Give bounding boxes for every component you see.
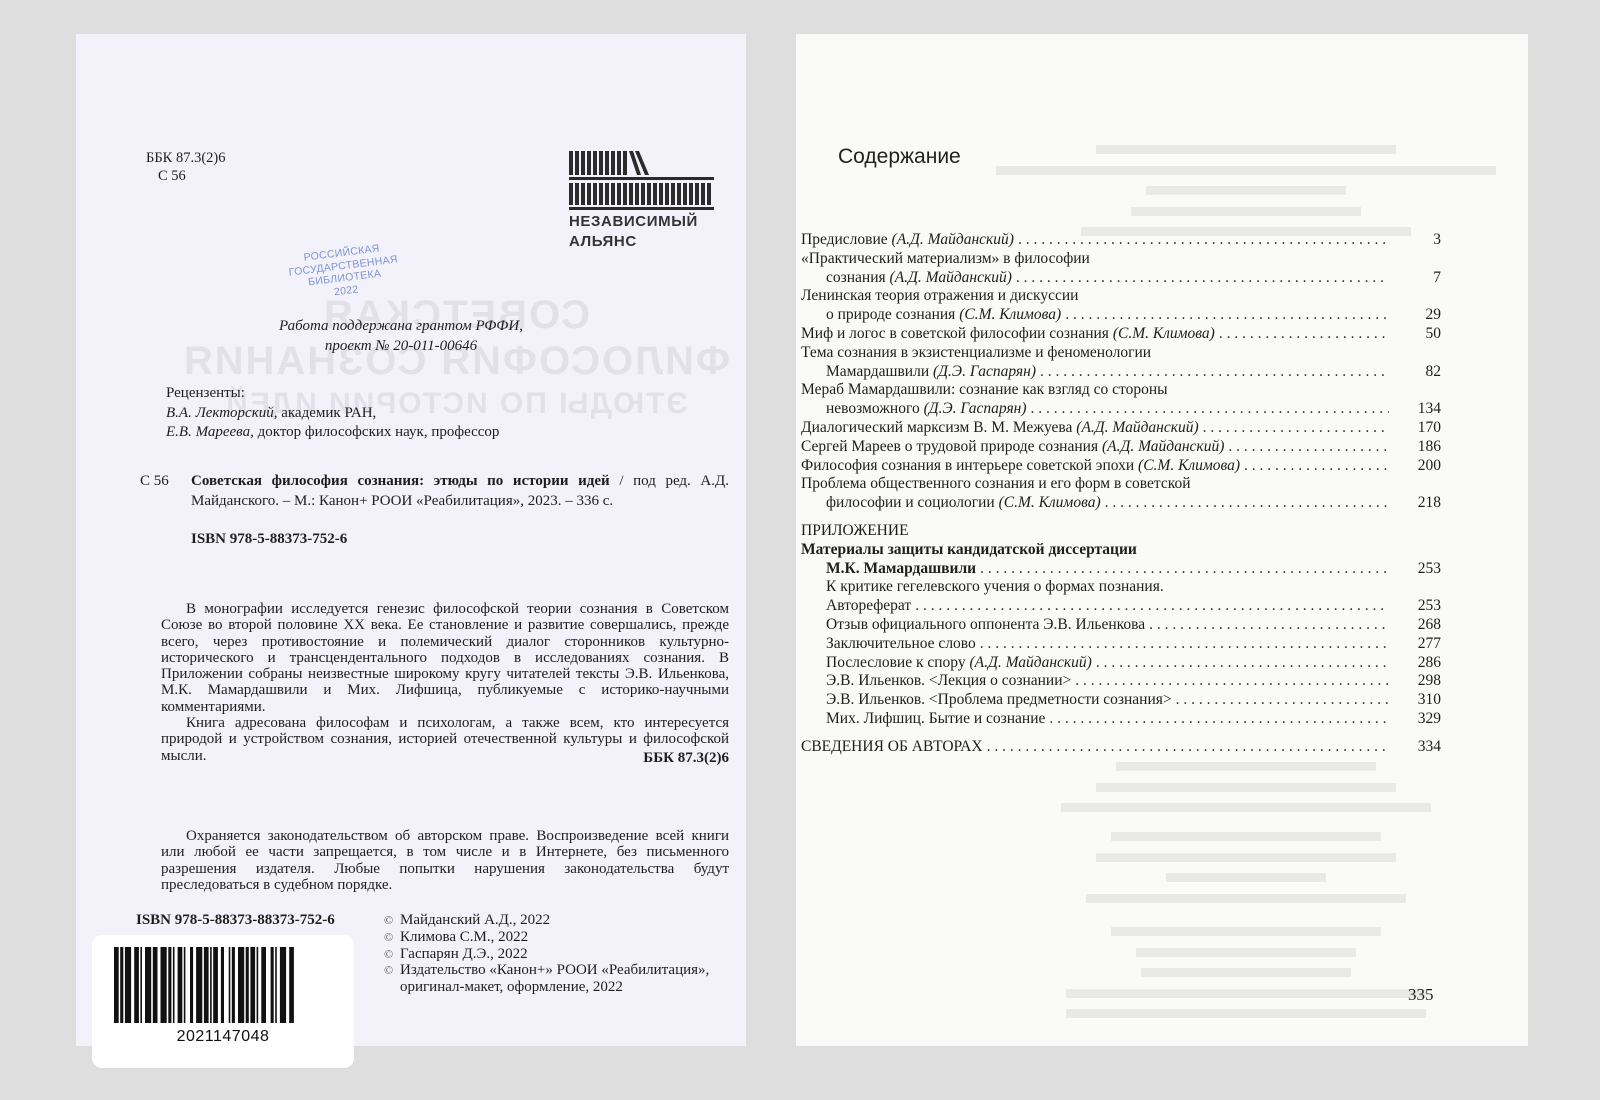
copyright-item: ©Издательство «Канон+» РООИ «Реабилитаци…: [384, 962, 709, 979]
appendix-subheading: М.К. Мамардашвили253: [801, 560, 1441, 579]
toc-entry-title: Тема сознания в экзистенциализме и феном…: [801, 344, 1151, 361]
book-title: Советская философия сознания: этюды по и…: [191, 473, 610, 489]
reviewer-name: В.А. Лекторский,: [166, 405, 277, 421]
left-page-copyright: ББК 87.3(2)6 С 56: [76, 34, 746, 1046]
dot-leader: [1040, 363, 1389, 382]
catalog-entry: Советская философия сознания: этюды по и…: [191, 472, 729, 511]
toc-page-number: 268: [1393, 616, 1441, 635]
toc-entry-author: (А.Д. Майданский): [892, 231, 1014, 248]
toc-entry-title: Заключительное слово: [826, 635, 976, 652]
bbk-code-bottom: ББК 87.3(2)6: [643, 750, 729, 767]
toc-entry-title: Ленинская теория отражения и дискуссии: [801, 287, 1078, 304]
toc-entry-title: философии и социологии: [826, 494, 999, 511]
table-of-contents: Предисловие (А.Д. Майданский)3«Практичес…: [801, 231, 1441, 757]
copyright-holder: Гаспарян Д.Э., 2022: [400, 946, 528, 963]
dot-leader: [1065, 306, 1389, 325]
appendix-subheading: Материалы защиты кандидатской диссертаци…: [801, 541, 1441, 560]
logo-text-line1: НЕЗАВИСИМЫЙ: [569, 213, 719, 231]
dot-leader: [980, 560, 1389, 579]
toc-entry-title: Предисловие: [801, 231, 892, 248]
toc-page-number: 134: [1393, 400, 1441, 419]
toc-entry-title: Э.В. Ильенков. <Проблема предметности со…: [826, 691, 1172, 708]
copyright-icon: ©: [384, 946, 400, 963]
reviewer-title: академик РАН,: [277, 405, 376, 421]
author-mark: С 56: [146, 167, 225, 185]
copyright-holder: Климова С.М., 2022: [400, 929, 528, 946]
dot-leader: [1018, 231, 1389, 250]
toc-entry-line: Мих. Лифшиц. Бытие и сознание329: [801, 710, 1441, 729]
toc-entry-author: (Д.Э. Гаспарян): [933, 363, 1036, 380]
copyright-list: ©Майданский А.Д., 2022 ©Климова С.М., 20…: [384, 912, 709, 996]
show-through-text: [976, 829, 1516, 911]
toc-entry-line: невозможного (Д.Э. Гаспарян)134: [801, 400, 1441, 419]
dot-leader: [1075, 672, 1389, 691]
toc-page-number: 29: [1393, 306, 1441, 325]
grant-note: Работа поддержана грантом РФФИ, проект №…: [226, 316, 576, 356]
toc-entry-line: Отзыв официального оппонента Э.В. Ильенк…: [801, 616, 1441, 635]
copyright-item: ©Майданский А.Д., 2022: [384, 912, 709, 929]
dot-leader: [980, 635, 1389, 654]
copyright-icon: ©: [384, 962, 400, 979]
copyright-item: ©Климова С.М., 2022: [384, 929, 709, 946]
toc-entry-line: Диалогический марксизм В. М. Межуева (А.…: [801, 419, 1441, 438]
toc-page-number: 334: [1393, 738, 1441, 757]
toc-entry-line: Послесловие к спору (А.Д. Майданский)286: [801, 654, 1441, 673]
toc-page-number: 200: [1393, 457, 1441, 476]
copyright-notice-text: Охраняется законодательством об авторско…: [161, 828, 729, 893]
toc-entry-title: Мих. Лифшиц. Бытие и сознание: [826, 710, 1045, 727]
toc-entry-author: (А.Д. Майданский): [969, 654, 1091, 671]
grant-line2: проект № 20-011-00646: [226, 336, 576, 356]
appendix-subheading-text: Материалы защиты кандидатской диссертаци…: [801, 541, 1137, 560]
barcode-sticker: 2021147048: [92, 935, 354, 1068]
toc-entry-line: Э.В. Ильенков. <Лекция о сознании>298: [801, 672, 1441, 691]
dot-leader: [1016, 269, 1389, 288]
copyright-continuation: оригинал-макет, оформление, 2022: [384, 979, 709, 996]
dot-leader: [1203, 419, 1389, 438]
toc-entry-title: Сергей Мареев о трудовой природе сознани…: [801, 438, 1102, 455]
toc-entry-line: Тема сознания в экзистенциализме и феном…: [801, 344, 1441, 363]
abstract-paragraph: В монографии исследуется генезис философ…: [161, 601, 729, 715]
copyright-item: ©Гаспарян Д.Э., 2022: [384, 946, 709, 963]
toc-entry-line: сознания (А.Д. Майданский)7: [801, 269, 1441, 288]
toc-entry-line: о природе сознания (С.М. Климова)29: [801, 306, 1441, 325]
toc-page-number: 286: [1393, 654, 1441, 673]
toc-page-number: 329: [1393, 710, 1441, 729]
bookshelf-logo-icon: [569, 149, 714, 211]
library-stamp: РОССИЙСКАЯ ГОСУДАРСТВЕННАЯ БИБЛИОТЕКА 20…: [271, 239, 416, 306]
copyright-holder: Майданский А.Д., 2022: [400, 912, 550, 929]
catalog-code: С 56: [140, 472, 169, 492]
abstract: В монографии исследуется генезис философ…: [161, 601, 729, 764]
toc-entry-author: (А.Д. Майданский): [1076, 419, 1198, 436]
appendix-heading: ПРИЛОЖЕНИЕ: [801, 522, 1441, 541]
dot-leader: [1219, 325, 1389, 344]
barcode-icon: [114, 947, 334, 1025]
dot-leader: [1031, 400, 1389, 419]
toc-entry-title: Мамардашвили: [826, 363, 933, 380]
toc-page-number: 3: [1393, 231, 1441, 250]
barcode-number: 2021147048: [92, 1028, 354, 1046]
copyright-icon: ©: [384, 929, 400, 946]
isbn: ISBN 978-5-88373-752-6: [191, 531, 347, 548]
authors-section-entry: СВЕДЕНИЯ ОБ АВТОРАХ334: [801, 738, 1441, 757]
toc-entry-line: Философия сознания в интерьере советской…: [801, 457, 1441, 476]
toc-page-number: 310: [1393, 691, 1441, 710]
grant-line1: Работа поддержана грантом РФФИ,: [226, 316, 576, 336]
toc-entry-line: Сергей Мареев о трудовой природе сознани…: [801, 438, 1441, 457]
toc-page-number: 186: [1393, 438, 1441, 457]
toc-page-number: 50: [1393, 325, 1441, 344]
toc-entry-line: философии и социологии (С.М. Климова)218: [801, 494, 1441, 513]
toc-entry-author: (А.Д. Майданский): [890, 269, 1012, 286]
toc-entry-line: Предисловие (А.Д. Майданский)3: [801, 231, 1441, 250]
publisher-logo: НЕЗАВИСИМЫЙ АЛЬЯНС: [569, 149, 719, 251]
show-through-text: [976, 142, 1516, 245]
toc-page-number: 277: [1393, 635, 1441, 654]
reviewer: Е.В. Мареева, доктор философских наук, п…: [166, 423, 499, 443]
toc-entry-title: СВЕДЕНИЯ ОБ АВТОРАХ: [801, 738, 983, 757]
reviewers-heading: Рецензенты:: [166, 384, 499, 404]
toc-page-number: 7: [1393, 269, 1441, 288]
reviewer: В.А. Лекторский, академик РАН,: [166, 404, 499, 424]
show-through-text: [976, 924, 1516, 1027]
spacer: [801, 729, 1441, 738]
toc-entry-title: Э.В. Ильенков. <Лекция о сознании>: [826, 672, 1071, 689]
reviewer-name: Е.В. Мареева,: [166, 424, 254, 440]
toc-entry-author: (С.М. Климова): [1138, 457, 1240, 474]
toc-entry-title: К критике гегелевского учения о формах п…: [826, 578, 1164, 595]
toc-entry-title: Мераб Мамардашвили: сознание как взгляд …: [801, 381, 1168, 398]
dot-leader: [1105, 494, 1389, 513]
toc-entry-line: Заключительное слово277: [801, 635, 1441, 654]
toc-entry-line: К критике гегелевского учения о формах п…: [801, 578, 1441, 597]
toc-entry-title: Философия сознания в интерьере советской…: [801, 457, 1138, 474]
toc-page-number: 253: [1393, 560, 1441, 579]
copyright-holder: Издательство «Канон+» РООИ «Реабилитация…: [400, 962, 709, 979]
toc-entry-author: (Д.Э. Гаспарян): [924, 400, 1027, 417]
reviewer-title: доктор философских наук, профессор: [254, 424, 500, 440]
toc-entry-line: Ленинская теория отражения и дискуссии: [801, 287, 1441, 306]
copyright-icon: ©: [384, 912, 400, 929]
appendix-subheading-text: М.К. Мамардашвили: [801, 560, 976, 579]
toc-entry-title: о природе сознания: [826, 306, 959, 323]
toc-entry-title: Диалогический марксизм В. М. Межуева: [801, 419, 1076, 436]
dot-leader: [1176, 691, 1389, 710]
dot-leader: [1096, 654, 1389, 673]
toc-page-number: 298: [1393, 672, 1441, 691]
logo-text-line2: АЛЬЯНС: [569, 233, 719, 251]
toc-entry-author: (С.М. Климова): [959, 306, 1061, 323]
dot-leader: [1228, 438, 1389, 457]
toc-entry-title: сознания: [826, 269, 890, 286]
dot-leader: [1244, 457, 1389, 476]
toc-entry-title: «Практический материализм» в философии: [801, 250, 1090, 267]
spacer: [801, 513, 1441, 522]
right-page-contents: Содержание Предисловие (А.Д. Майданский)…: [796, 34, 1528, 1046]
toc-entry-line: «Практический материализм» в философии: [801, 250, 1441, 269]
toc-entry-line: Мераб Мамардашвили: сознание как взгляд …: [801, 381, 1441, 400]
dot-leader: [1049, 710, 1389, 729]
toc-entry-title: Отзыв официального оппонента Э.В. Ильенк…: [826, 616, 1145, 633]
toc-page-number: 82: [1393, 363, 1441, 382]
bbk-code: ББК 87.3(2)6: [146, 149, 225, 167]
page-number: 335: [1408, 985, 1434, 1005]
toc-page-number: 253: [1393, 597, 1441, 616]
bbk-classification: ББК 87.3(2)6 С 56: [146, 149, 225, 185]
toc-entry-line: Миф и логос в советской философии сознан…: [801, 325, 1441, 344]
dot-leader: [1149, 616, 1389, 635]
toc-entry-line: Автореферат253: [801, 597, 1441, 616]
toc-title: Содержание: [838, 145, 961, 169]
toc-entry-title: Послесловие к спору: [826, 654, 969, 671]
isbn-full: ISBN 978-5-88373-88373-752-6: [136, 912, 335, 929]
toc-entry-title: Автореферат: [826, 597, 911, 614]
toc-entry-title: Миф и логос в советской философии сознан…: [801, 325, 1113, 342]
reviewers-block: Рецензенты: В.А. Лекторский, академик РА…: [166, 384, 499, 443]
toc-entry-line: Проблема общественного сознания и его фо…: [801, 475, 1441, 494]
toc-entry-author: (С.М. Климова): [999, 494, 1101, 511]
toc-entry-title: невозможного: [826, 400, 924, 417]
toc-entry-line: Мамардашвили (Д.Э. Гаспарян)82: [801, 363, 1441, 382]
copyright-notice: Охраняется законодательством об авторско…: [161, 828, 729, 893]
toc-entry-author: (А.Д. Майданский): [1102, 438, 1224, 455]
toc-page-number: 218: [1393, 494, 1441, 513]
toc-entry-line: Э.В. Ильенков. <Проблема предметности со…: [801, 691, 1441, 710]
toc-entry-author: (С.М. Климова): [1113, 325, 1215, 342]
dot-leader: [915, 597, 1389, 616]
toc-page-number: 170: [1393, 419, 1441, 438]
show-through-text: [976, 759, 1516, 821]
dot-leader: [987, 738, 1389, 757]
toc-entry-title: Проблема общественного сознания и его фо…: [801, 475, 1191, 492]
